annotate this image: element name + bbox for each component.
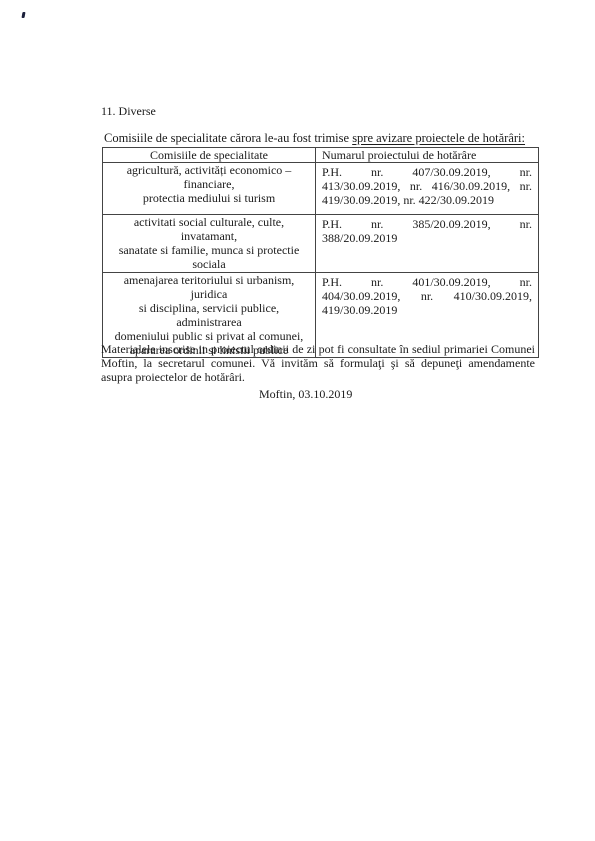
project-number: 401/30.09.2019,: [412, 275, 490, 289]
project-token: 416/30.09.2019,: [432, 179, 510, 193]
nr-label: nr.: [421, 289, 433, 303]
projects-line: P.H. nr. 407/30.09.2019, nr.: [322, 165, 532, 179]
projects-line: 413/30.09.2019,nr.416/30.09.2019,nr.: [322, 179, 532, 193]
committee-cell: activitati social culturale, culte, inva…: [103, 215, 316, 273]
projects-line: 419/30.09.2019, nr. 422/30.09.2019: [322, 193, 532, 207]
project-number: 410/30.09.2019,: [454, 289, 532, 303]
materials-notice: Materialele inscrise in proiectul ordini…: [101, 342, 535, 384]
committee-line: sanatate si familie, munca si protectie: [105, 243, 313, 257]
projects-cell: P.H. nr. 407/30.09.2019, nr. 413/30.09.2…: [316, 163, 539, 215]
ph-label: P.H.: [322, 217, 342, 231]
header-committees: Comisiile de specialitate: [103, 148, 316, 163]
ph-label: P.H.: [322, 165, 342, 179]
scan-mark: [21, 12, 25, 18]
project-number: 385/20.09.2019,: [412, 217, 490, 231]
nr-label: nr.: [371, 217, 383, 231]
project-number: 404/30.09.2019,: [322, 289, 400, 303]
table-caption-text: Comisiile de specialitate cărora le-au f…: [104, 131, 352, 145]
project-number: 407/30.09.2019,: [412, 165, 490, 179]
place-date: Moftin, 03.10.2019: [259, 387, 352, 402]
project-token: nr.: [520, 179, 532, 193]
projects-line: 419/30.09.2019: [322, 303, 532, 317]
committee-line: domeniului public si privat al comunei,: [105, 329, 313, 343]
table-caption-underlined: spre avizare proiectele de hotărâri:: [352, 131, 525, 145]
table-row: activitati social culturale, culte, inva…: [103, 215, 539, 273]
nr-label: nr.: [371, 275, 383, 289]
header-project-number: Numarul proiectului de hotărâre: [316, 148, 539, 163]
nr-label: nr.: [520, 275, 532, 289]
committee-line: protectia mediului si turism: [105, 191, 313, 205]
nr-label: nr.: [371, 165, 383, 179]
table-caption: Comisiile de specialitate cărora le-au f…: [104, 131, 525, 146]
committees-table: Comisiile de specialitate Numarul proiec…: [102, 147, 539, 358]
nr-label: nr.: [520, 217, 532, 231]
committee-line: sociala: [105, 257, 313, 271]
table-row: agricultură, activități economico – fina…: [103, 163, 539, 215]
projects-line: P.H. nr. 401/30.09.2019, nr.: [322, 275, 532, 289]
nr-label: nr.: [520, 165, 532, 179]
ph-label: P.H.: [322, 275, 342, 289]
table-header-row: Comisiile de specialitate Numarul proiec…: [103, 148, 539, 163]
project-token: 413/30.09.2019,: [322, 179, 400, 193]
projects-cell: P.H. nr. 385/20.09.2019, nr. 388/20.09.2…: [316, 215, 539, 273]
section-title: 11. Diverse: [101, 104, 156, 119]
projects-line: 388/20.09.2019: [322, 231, 532, 245]
project-token: nr.: [410, 179, 422, 193]
committee-cell: agricultură, activități economico – fina…: [103, 163, 316, 215]
projects-line: P.H. nr. 385/20.09.2019, nr.: [322, 217, 532, 231]
projects-line: 404/30.09.2019, nr. 410/30.09.2019,: [322, 289, 532, 303]
committee-line: financiare,: [105, 177, 313, 191]
committee-line: amenajarea teritoriului si urbanism, jur…: [105, 273, 313, 301]
committee-line: agricultură, activități economico –: [105, 163, 313, 177]
committee-line: si disciplina, servicii publice, adminis…: [105, 301, 313, 329]
committee-line: activitati social culturale, culte, inva…: [105, 215, 313, 243]
